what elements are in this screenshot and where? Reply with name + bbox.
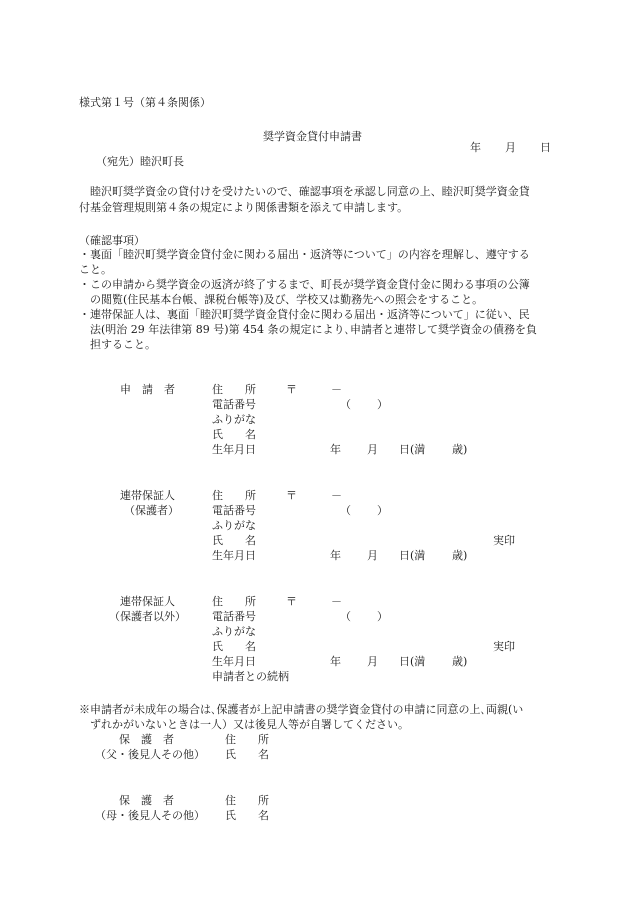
guardian-label-1: 保 護 者 (119, 794, 174, 808)
guardian-label-2: （母・後見人その他） (95, 809, 205, 823)
applicant-label: 申 請 者 (120, 383, 175, 397)
postal-dash: － (331, 383, 342, 397)
address-label: 住 所 (212, 489, 256, 503)
birth-day-age-label: 日(満 (399, 549, 425, 563)
guardian-label-2: （父・後見人その他） (95, 748, 205, 762)
birthdate-label: 生年月日 (212, 655, 256, 669)
phone-paren-open: （ (340, 504, 351, 518)
birth-day-age-label: 日(満 (399, 655, 425, 669)
relationship-label: 申請者との続柄 (212, 670, 289, 684)
seal-label: 実印 (493, 534, 515, 548)
birth-year-label: 年 (330, 655, 341, 669)
age-suffix-label: 歳) (452, 443, 467, 457)
birth-month-label: 月 (367, 549, 378, 563)
phone-paren-close: ） (377, 504, 388, 518)
name-label: 氏 名 (212, 534, 256, 548)
seal-label: 実印 (493, 640, 515, 654)
address-label: 住 所 (212, 383, 256, 397)
postal-mark: 〒 (286, 383, 297, 397)
phone-label: 電話番号 (212, 504, 256, 518)
note-line-1: ※申請者が未成年の場合は､保護者が上記申請書の奨学資金貸付の申請に同意の上､両親… (79, 703, 523, 717)
confirmation-item-1-line-1: ・裏面「睦沢町奨学資金貸付金に関わる届出・返済等について」の内容を理解し、遵守す… (79, 248, 530, 262)
address-label: 住 所 (212, 595, 256, 609)
phone-label: 電話番号 (212, 398, 256, 412)
addressee: （宛先）睦沢町長 (96, 155, 184, 169)
postal-mark: 〒 (286, 595, 297, 609)
guarantor-other-label-1: 連帯保証人 (120, 595, 175, 609)
guardian-name-label: 氏 名 (225, 748, 269, 762)
phone-paren-close: ） (377, 610, 388, 624)
intro-line-2: 付基金管理規則第４条の規定により関係書類を添えて申請します。 (79, 201, 408, 215)
name-label: 氏 名 (212, 640, 256, 654)
guardian-name-label: 氏 名 (225, 809, 269, 823)
form-number: 様式第１号（第４条関係） (79, 96, 211, 110)
birth-month-label: 月 (367, 443, 378, 457)
date-month-label: 月 (505, 141, 516, 155)
age-suffix-label: 歳) (452, 655, 467, 669)
note-line-2: ずれかがいないときは一人）又は後見人等が自署してください。 (90, 718, 409, 732)
age-suffix-label: 歳) (452, 549, 467, 563)
confirmation-item-1-line-2: こと。 (79, 263, 112, 277)
phone-paren-open: （ (340, 610, 351, 624)
date-day-label: 日 (540, 141, 551, 155)
guardian-label-1: 保 護 者 (119, 733, 174, 747)
confirmation-item-3-line-2: 法(明治 29 年法律第 89 号)第 454 条の規定により､申請者と連帯して… (90, 323, 537, 337)
guarantor-guardian-label-2: （保護者） (124, 504, 179, 518)
confirmation-item-2-line-1: ・この申請から奨学資金の返済が終了するまで、町長が奨学資金貸付金に関わる事項の公… (79, 278, 530, 292)
confirmation-item-3-line-1: ・連帯保証人は、裏面「睦沢町奨学資金貸付金に関わる届出・返済等について」に従い、… (79, 308, 530, 322)
furigana-label: ふりがな (212, 519, 256, 533)
birth-year-label: 年 (330, 549, 341, 563)
birthdate-label: 生年月日 (212, 443, 256, 457)
confirmation-item-2-line-2: の閲覧(住民基本台帳、課税台帳等)及び、学校又は勤務先への照会をすること。 (90, 293, 483, 307)
birthdate-label: 生年月日 (212, 549, 256, 563)
birth-month-label: 月 (367, 655, 378, 669)
guarantor-other-label-2: （保護者以外） (109, 610, 186, 624)
guardian-address-label: 住 所 (225, 794, 269, 808)
confirmation-heading: （確認事項） (79, 234, 145, 248)
phone-paren-close: ） (377, 398, 388, 412)
postal-dash: － (331, 489, 342, 503)
guardian-address-label: 住 所 (225, 733, 269, 747)
postal-mark: 〒 (286, 489, 297, 503)
phone-label: 電話番号 (212, 610, 256, 624)
birth-day-age-label: 日(満 (399, 443, 425, 457)
furigana-label: ふりがな (212, 413, 256, 427)
page-title: 奨学資金貸付申請書 (263, 130, 362, 144)
guarantor-guardian-label-1: 連帯保証人 (120, 489, 175, 503)
furigana-label: ふりがな (212, 625, 256, 639)
confirmation-item-3-line-3: 担すること。 (90, 338, 156, 352)
name-label: 氏 名 (212, 428, 256, 442)
birth-year-label: 年 (330, 443, 341, 457)
postal-dash: － (331, 595, 342, 609)
phone-paren-open: （ (340, 398, 351, 412)
date-year-label: 年 (470, 141, 481, 155)
intro-line-1: 睦沢町奨学資金の貸付けを受けたいので、確認事項を承認し同意の上、睦沢町奨学資金貸 (79, 185, 530, 199)
